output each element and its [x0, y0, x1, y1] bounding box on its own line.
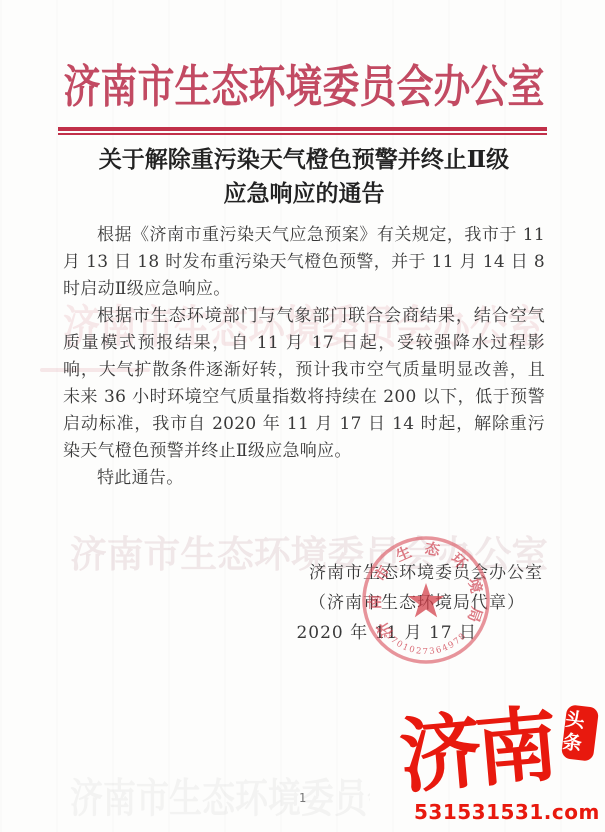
official-seal: 济南市生态环境局 3701027364978	[352, 526, 500, 674]
letterhead-title: 济南市生态环境委员会办公室	[63, 55, 545, 117]
body-paragraph-1: 根据《济南市重污染天气应急预案》有关规定，我市于 11 月 13 日 18 时发…	[63, 222, 545, 303]
website-url: 531531531.com	[414, 800, 600, 824]
notice-body: 根据《济南市重污染天气应急预案》有关规定，我市于 11 月 13 日 18 时发…	[63, 222, 545, 492]
red-divider-rule	[58, 127, 547, 135]
seal-star-icon	[408, 583, 444, 617]
document-page: 济南市生态环境委员会办公室 济南市生态环境委员会办公室 济南市生态环境委员会办公…	[0, 0, 605, 832]
notice-title-line-1: 关于解除重污染天气橙色预警并终止Ⅱ级	[63, 141, 545, 174]
body-paragraph-2: 根据市生态环境部门与气象部门联合会商结果，结合空气质量模式预报结果，自 11 月…	[63, 303, 545, 465]
notice-title-line-2: 应急响应的通告	[63, 175, 545, 208]
body-paragraph-3: 特此通告。	[63, 465, 545, 492]
toutiao-badge: 头条	[561, 704, 599, 761]
news-logo-text: 济南	[396, 691, 580, 816]
